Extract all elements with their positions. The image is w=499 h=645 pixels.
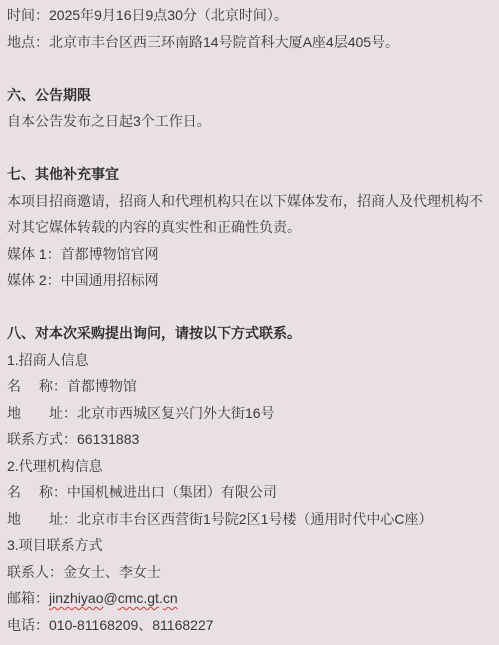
- paragraph-line: 自本公告发布之日起3个工作日。: [7, 108, 494, 135]
- email-segment-misspelled: jinzhiyao: [49, 590, 103, 606]
- email-label: 邮箱：: [7, 590, 49, 606]
- paragraph-line: 名 称：中国机械进出口（集团）有限公司: [7, 479, 494, 506]
- announcement-document: 时间：2025年9月16日9点30分（北京时间）。 地点：北京市丰台区西三环南路…: [0, 0, 499, 645]
- email-segment-misspelled: cmc.gt: [118, 590, 159, 606]
- paragraph-line: 媒体 1：首都博物馆官网: [7, 241, 494, 268]
- email-segment-misspelled: cn: [163, 590, 178, 606]
- paragraph-line: 本项目招商邀请，招商人和代理机构只在以下媒体发布，招商人及代理机构不对其它媒体转…: [7, 188, 494, 241]
- email-segment: @: [103, 590, 117, 606]
- section-heading: 八、对本次采购提出询问，请按以下方式联系。: [7, 320, 494, 347]
- blank-line: [7, 135, 494, 162]
- blank-line: [7, 294, 494, 321]
- paragraph-line: 1.招商人信息: [7, 347, 494, 374]
- paragraph-line: 3.项目联系方式: [7, 532, 494, 559]
- paragraph-line: 电话：010-81168209、81168227: [7, 612, 494, 639]
- paragraph-line: 地点：北京市丰台区西三环南路14号院首科大厦A座4层405号。: [7, 29, 494, 56]
- paragraph-line: 媒体 2：中国通用招标网: [7, 267, 494, 294]
- section-heading: 七、其他补充事宜: [7, 161, 494, 188]
- paragraph-line: 时间：2025年9月16日9点30分（北京时间）。: [7, 2, 494, 29]
- paragraph-line: 2.代理机构信息: [7, 453, 494, 480]
- paragraph-line: 联系人：金女士、李女士: [7, 559, 494, 586]
- email-line: 邮箱：jinzhiyao@cmc.gt.cn: [7, 585, 494, 612]
- blank-line: [7, 55, 494, 82]
- paragraph-line: 地 址：北京市西城区复兴门外大街16号: [7, 400, 494, 427]
- section-heading: 六、公告期限: [7, 82, 494, 109]
- paragraph-line: 名 称：首都博物馆: [7, 373, 494, 400]
- paragraph-line: 联系方式：66131883: [7, 426, 494, 453]
- paragraph-line: 地 址：北京市丰台区西营街1号院2区1号楼（通用时代中心C座）: [7, 506, 494, 533]
